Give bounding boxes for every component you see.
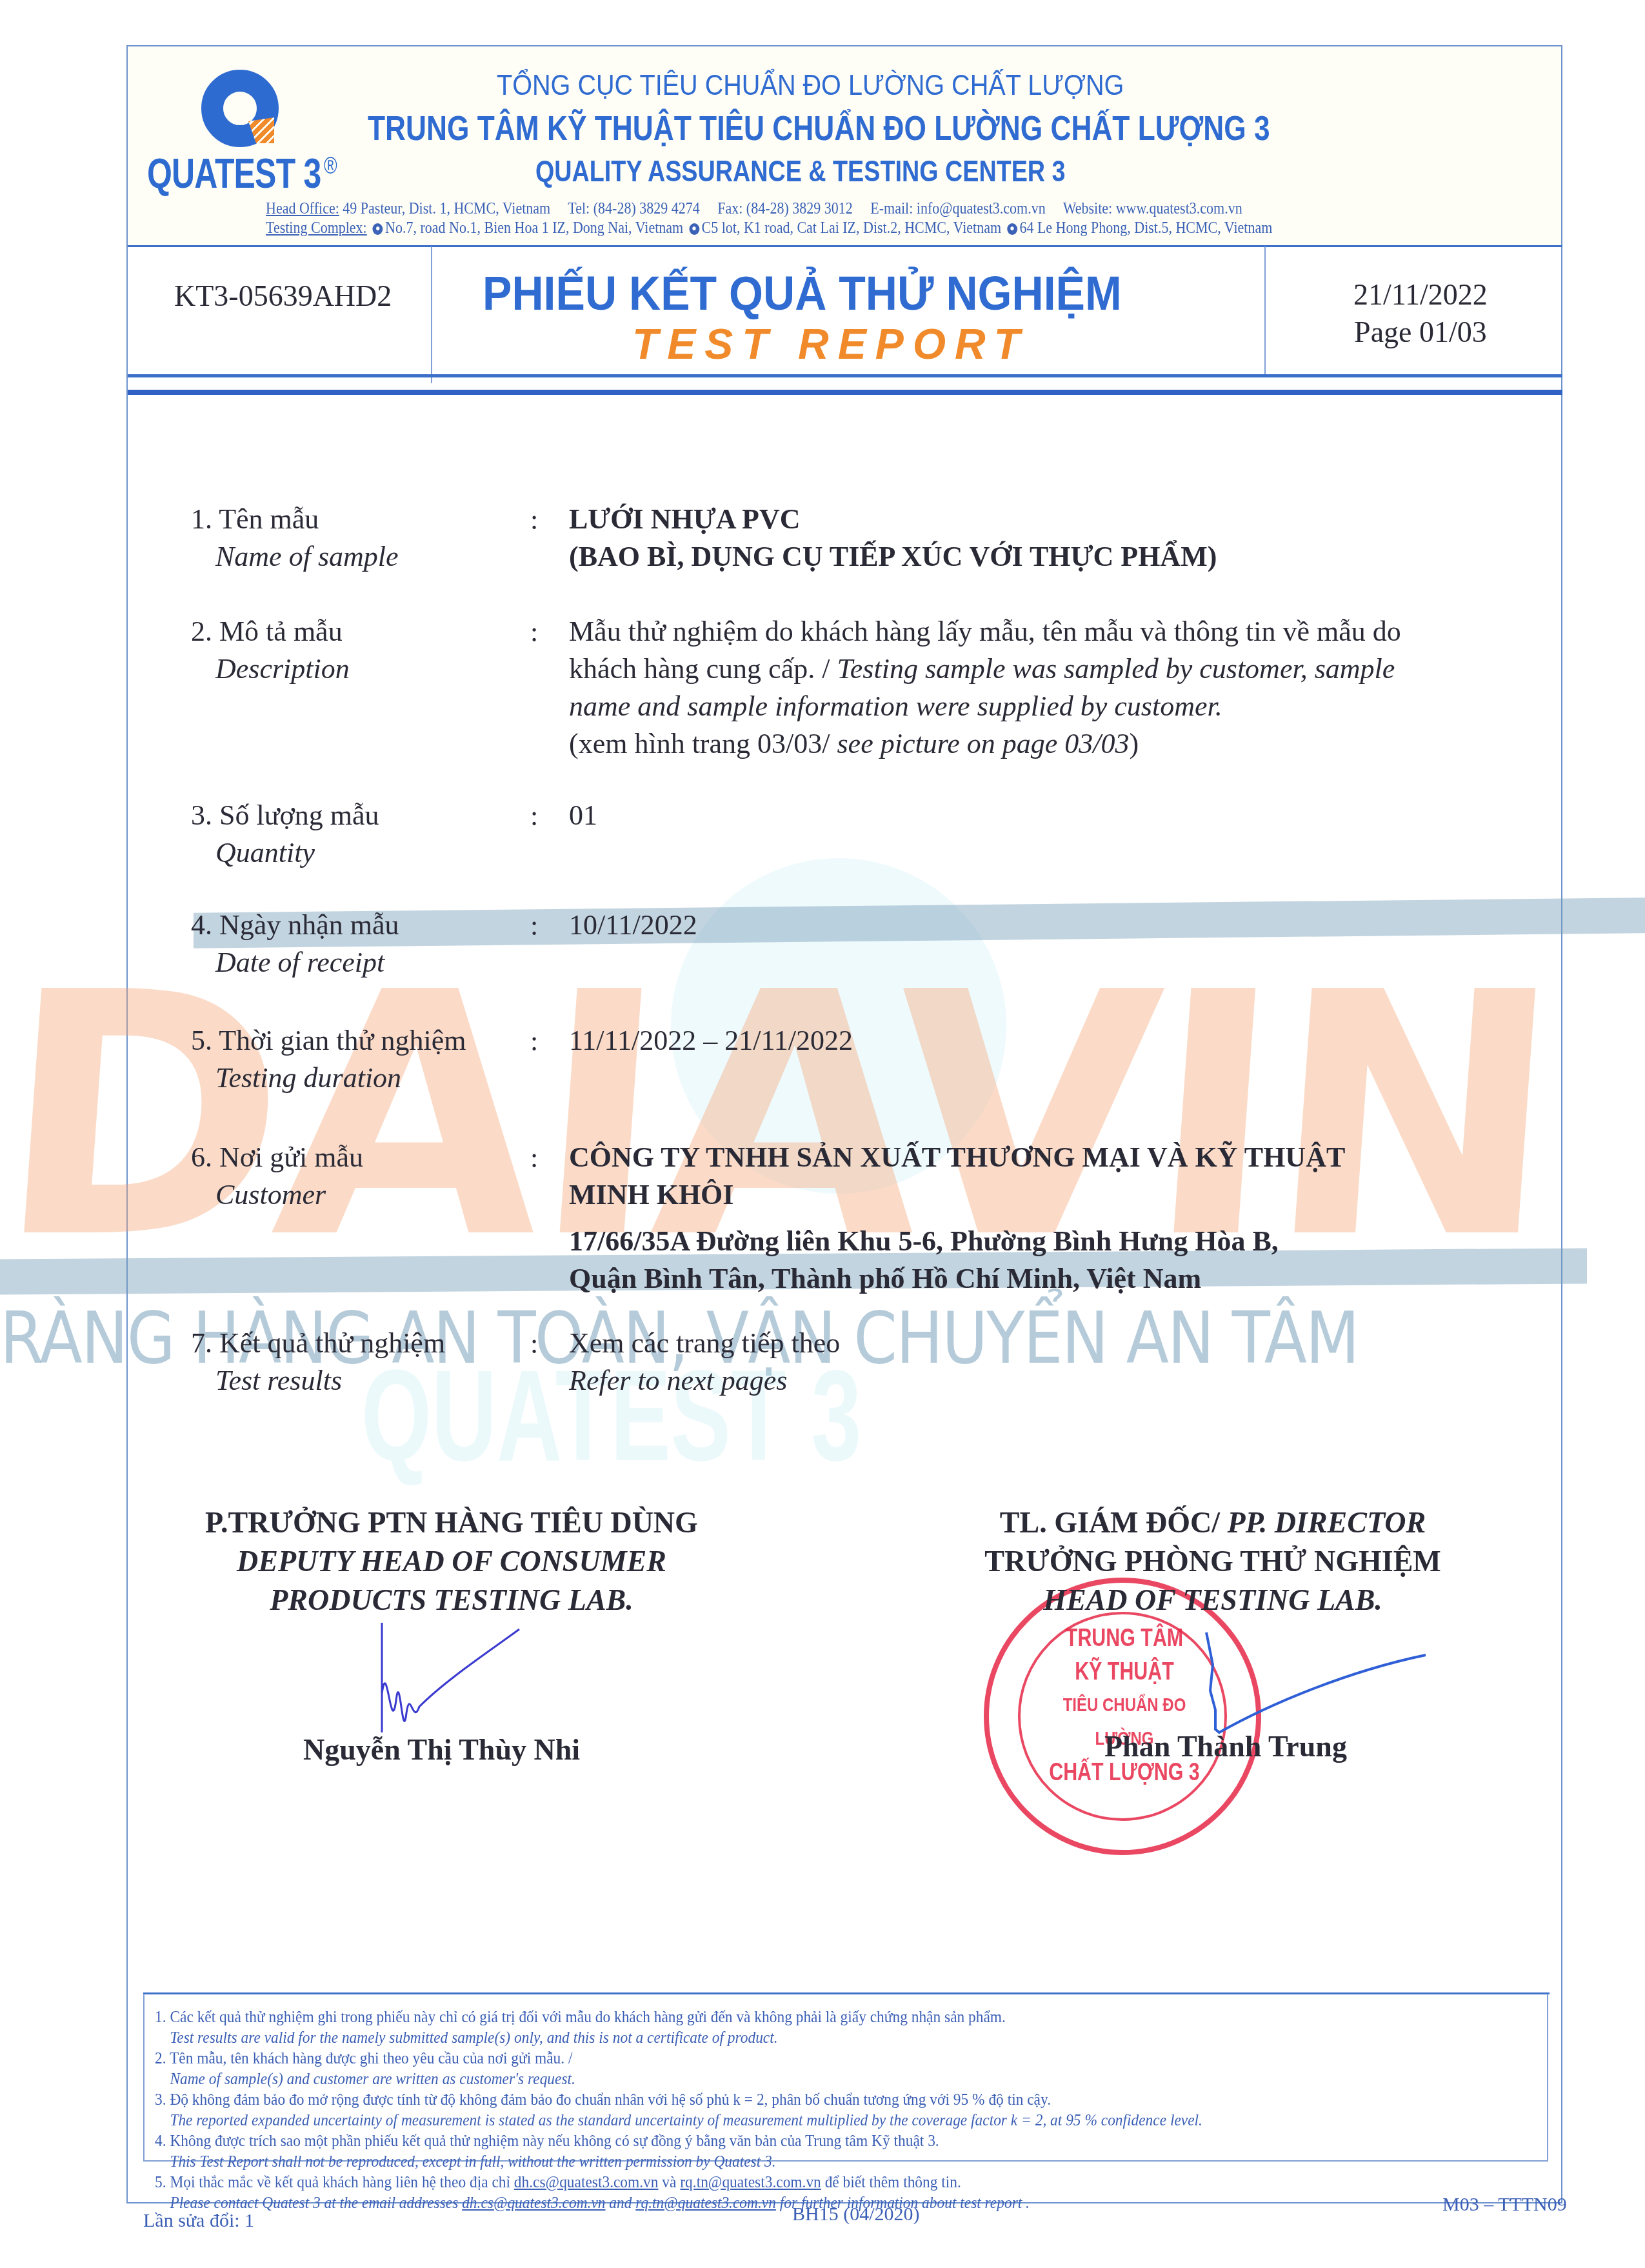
report-date-block: 21/11/2022 Page 01/03 bbox=[1353, 276, 1488, 351]
field-value-customer: CÔNG TY TNHH SẢN XUẤT THƯƠNG MẠI VÀ KỸ T… bbox=[569, 1139, 1345, 1298]
field-value-date-of-receipt: 10/11/2022 bbox=[569, 907, 697, 944]
colon: : bbox=[530, 909, 538, 942]
field-label-customer: 6. Nơi gửi mẫuCustomer bbox=[191, 1139, 363, 1214]
field-label-sample-name: 1. Tên mẫuName of sample bbox=[191, 501, 399, 576]
divider bbox=[128, 374, 1562, 377]
field-value-description: Mẫu thử nghiệm do khách hàng lấy mẫu, tê… bbox=[569, 613, 1401, 763]
divider bbox=[1264, 246, 1266, 376]
field-value-quantity: 01 bbox=[569, 797, 597, 834]
report-date: 21/11/2022 bbox=[1353, 276, 1488, 314]
report-title-en: TEST REPORT bbox=[632, 319, 1029, 368]
divider bbox=[431, 246, 432, 383]
document-code: M03 – TTTN09 bbox=[1442, 2194, 1567, 2216]
colon: : bbox=[530, 1327, 538, 1360]
signer-name-right: Phan Thành Trung bbox=[1104, 1729, 1347, 1763]
field-label-testing-duration: 5. Thời gian thử nghiệmTesting duration bbox=[191, 1022, 466, 1097]
location-pin-icon: ● bbox=[373, 223, 383, 235]
colon: : bbox=[530, 1141, 538, 1174]
website-link[interactable]: Website: www.quatest3.com.vn bbox=[1063, 200, 1242, 217]
field-label-quantity: 3. Số lượng mẫuQuantity bbox=[191, 797, 379, 872]
field-label-test-results: 7. Kết quả thử nghiệmTest results bbox=[191, 1325, 445, 1400]
org-name-vn: TRUNG TÂM KỸ THUẬT TIÊU CHUẨN ĐO LƯỜNG C… bbox=[368, 108, 1270, 148]
org-parent-name: TỔNG CỤC TIÊU CHUẨN ĐO LƯỜNG CHẤT LƯỢNG bbox=[497, 70, 1124, 102]
signature-block-left: P.TRƯỞNG PTN HÀNG TIÊU DÙNG DEPUTY HEAD … bbox=[142, 1503, 761, 1620]
field-value-test-results: Xem các trang tiếp theo Refer to next pa… bbox=[569, 1325, 840, 1400]
divider bbox=[128, 245, 1562, 247]
cs-email-link[interactable]: dh.cs@quatest3.com.vn bbox=[514, 2173, 659, 2191]
field-value-testing-duration: 11/11/2022 – 21/11/2022 bbox=[569, 1022, 853, 1059]
location-pin-icon: ● bbox=[1007, 223, 1017, 235]
logo-wordmark: QUATEST 3® bbox=[147, 150, 337, 197]
customer-address: 17/66/35A Đường liên Khu 5-6, Phường Bìn… bbox=[569, 1223, 1345, 1260]
cs-email-link[interactable]: dh.cs@quatest3.com.vn bbox=[462, 2193, 605, 2212]
report-title-vn: PHIẾU KẾT QUẢ THỬ NGHIỆM bbox=[483, 266, 1122, 321]
divider bbox=[128, 390, 1562, 395]
colon: : bbox=[530, 503, 538, 536]
tn-email-link[interactable]: rq.tn@quatest3.com.vn bbox=[635, 2193, 776, 2212]
field-value-sample-name: LƯỚI NHỰA PVC (BAO BÌ, DỤNG CỤ TIẾP XÚC … bbox=[569, 501, 1217, 576]
tn-email-link[interactable]: rq.tn@quatest3.com.vn bbox=[680, 2173, 821, 2191]
revision-number: Lần sửa đổi: 1 bbox=[143, 2210, 254, 2232]
colon: : bbox=[530, 799, 538, 832]
email-link[interactable]: E-mail: info@quatest3.com.vn bbox=[870, 200, 1045, 217]
footnotes: 1. Các kết quả thử nghiệm ghi trong phiế… bbox=[155, 2007, 1202, 2213]
field-label-date-of-receipt: 4. Ngày nhận mẫuDate of receipt bbox=[191, 907, 399, 981]
colon: : bbox=[530, 616, 538, 648]
colon: : bbox=[530, 1025, 538, 1058]
customer-company: CÔNG TY TNHH SẢN XUẤT THƯƠNG MẠI VÀ KỸ T… bbox=[569, 1139, 1345, 1176]
field-label-description: 2. Mô tả mẫuDescription bbox=[191, 613, 350, 688]
handwritten-signature-icon bbox=[374, 1616, 529, 1745]
signer-name-left: Nguyễn Thị Thùy Nhi bbox=[303, 1732, 580, 1767]
testing-complex-line: Testing Complex: ●No.7, road No.1, Bien … bbox=[266, 219, 1272, 237]
report-number: KT3-05639AHD2 bbox=[174, 279, 392, 313]
org-name-en: QUALITY ASSURANCE & TESTING CENTER 3 bbox=[535, 154, 1066, 188]
page-indicator: Page 01/03 bbox=[1353, 314, 1488, 351]
head-office-line: Head Office: 49 Pasteur, Dist. 1, HCMC, … bbox=[266, 200, 1242, 218]
location-pin-icon: ● bbox=[689, 223, 699, 235]
form-code: BH15 (04/2020) bbox=[792, 2203, 920, 2225]
signature-block-right: TL. GIÁM ĐỐC/ PP. DIRECTOR TRƯỞNG PHÒNG … bbox=[890, 1503, 1535, 1620]
